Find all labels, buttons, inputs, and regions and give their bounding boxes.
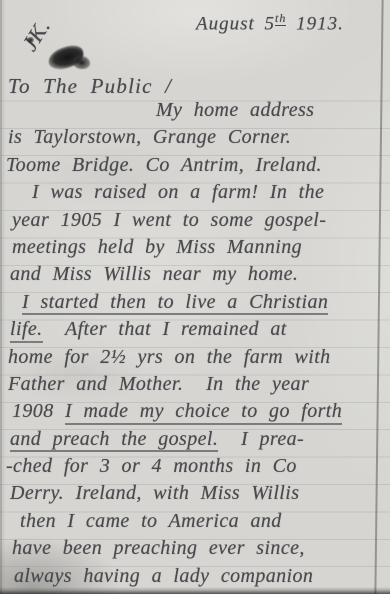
- page-edge-bottom: [0, 587, 390, 594]
- underlined-text: life.: [10, 318, 43, 343]
- letter-line: meetings held by Miss Manning: [6, 234, 386, 261]
- letter-line: is Taylorstown, Grange Corner.: [6, 124, 386, 151]
- letter-line: I started then to live a Christian: [6, 289, 386, 316]
- letter-line: Derry. Ireland, with Miss Willis: [6, 480, 386, 507]
- letter-line: home for 2½ yrs on the farm with: [6, 344, 386, 371]
- letter-page: JK. August 5th 1913. To The Public / My …: [0, 0, 390, 594]
- letter-line: Toome Bridge. Co Antrim, Ireland.: [6, 152, 386, 179]
- underlined-text: and preach the gospel.: [10, 428, 218, 453]
- underlined-text: I started then to live a Christian: [22, 291, 328, 316]
- text-segment: Derry. Ireland, with Miss Willis: [10, 482, 299, 504]
- ink-dot: [27, 37, 34, 43]
- letter-line: year 1905 I went to some gospel-: [6, 207, 386, 234]
- corner-annotation: JK.: [17, 14, 57, 56]
- date-superscript: th: [275, 11, 286, 26]
- text-segment: Father and Mother. In the year: [8, 373, 309, 395]
- text-segment: -ched for 3 or 4 months in Co: [6, 455, 297, 477]
- text-segment: have been preaching ever since,: [12, 537, 305, 559]
- letter-line: Father and Mother. In the year: [6, 371, 386, 398]
- letter-line: then I came to America and: [6, 508, 386, 535]
- letter-line: always having a lady companion: [6, 563, 386, 590]
- text-segment: My home address: [156, 99, 314, 121]
- date-text: August 5: [196, 13, 275, 34]
- date-year: 1913.: [286, 13, 344, 34]
- text-segment: I was raised on a farm! In the: [32, 181, 324, 203]
- letter-line: life. After that I remained at: [6, 316, 386, 343]
- text-segment: and Miss Willis near my home.: [10, 263, 298, 285]
- letter-line: My home address: [6, 97, 386, 124]
- text-segment: home for 2½ yrs on the farm with: [8, 346, 331, 368]
- text-segment: is Taylorstown, Grange Corner.: [8, 126, 291, 148]
- ink-blot-small: [73, 56, 90, 69]
- letter-line: I was raised on a farm! In the: [6, 179, 386, 206]
- underlined-text: I made my choice to go forth: [65, 400, 342, 425]
- text-segment: Toome Bridge. Co Antrim, Ireland.: [6, 154, 322, 176]
- text-segment: then I came to America and: [20, 510, 282, 532]
- salutation: To The Public /: [8, 74, 172, 99]
- letter-date: August 5th 1913.: [196, 12, 344, 35]
- letter-line: and preach the gospel. I prea-: [6, 426, 386, 453]
- letter-line: 1908 I made my choice to go forth: [6, 398, 386, 425]
- text-segment: meetings held by Miss Manning: [12, 236, 302, 258]
- text-segment: year 1905 I went to some gospel-: [12, 209, 326, 231]
- letter-line: -ched for 3 or 4 months in Co: [6, 453, 386, 480]
- text-segment: I prea-: [218, 428, 304, 450]
- letter-line: have been preaching ever since,: [6, 535, 386, 562]
- letter-line: and Miss Willis near my home.: [6, 261, 386, 288]
- text-segment: always having a lady companion: [14, 565, 313, 587]
- text-segment: 1908: [12, 400, 65, 422]
- text-segment: After that I remained at: [43, 318, 287, 340]
- letter-body: My home addressis Taylorstown, Grange Co…: [6, 97, 386, 590]
